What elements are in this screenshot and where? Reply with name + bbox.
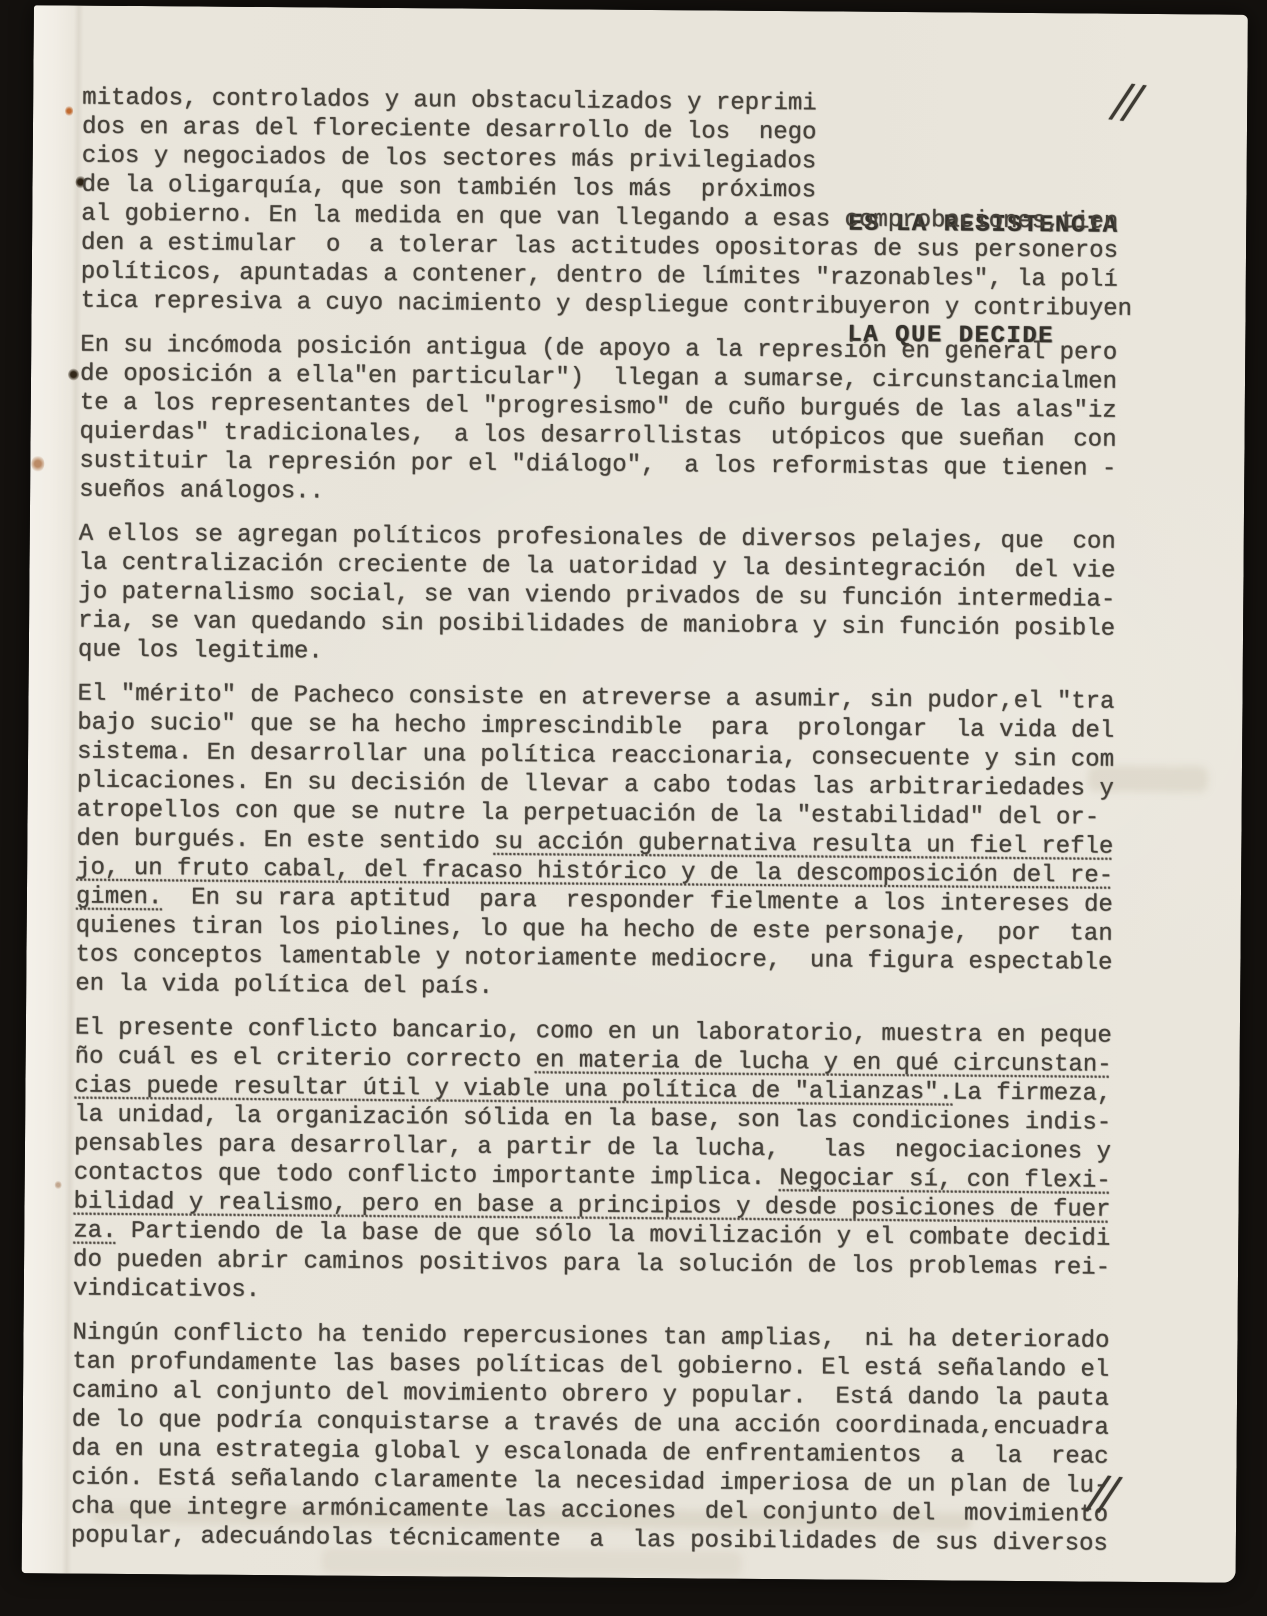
text-segment: den burgués. En este sentido	[76, 826, 494, 856]
text-segment: tica represiva a cuyo nacimiento y despl…	[81, 288, 1133, 323]
text-segment: en la vida política del país.	[75, 971, 493, 1001]
paragraph: En su incómoda posición antigua (de apoy…	[79, 331, 1209, 514]
paragraph: A ellos se agregan políticos profesional…	[78, 520, 1208, 674]
text-segment: dos en aras del floreciente desarrollo d…	[82, 114, 817, 147]
underlined-text-segment: en materia de lucha y en qué circunstan-	[535, 1047, 1111, 1079]
foxing-stain	[55, 1180, 62, 1189]
text-segment: contactos que todo conflicto importante …	[74, 1160, 780, 1193]
text-segment: de la oligarquía, que son también los má…	[81, 172, 816, 205]
foxing-stain	[65, 105, 73, 116]
paragraph: El "mérito" de Pacheco consiste en atrev…	[75, 680, 1206, 1008]
foxing-stain	[31, 455, 44, 472]
text-segment: popular, adecuándolas técnicamente a las…	[71, 1523, 1108, 1558]
underlined-text-segment: za.	[73, 1218, 116, 1245]
paragraph: Ningún conflicto ha tenido repercusiones…	[71, 1319, 1202, 1560]
text-segment: La firmeza,	[953, 1079, 1112, 1107]
underlined-text-segment: su acción gubernativa resulta un fiel re…	[494, 829, 1114, 861]
text-segment: cios y negociados de los sectores más pr…	[82, 143, 817, 176]
document-body: mitados, controlados y aun obstaculizado…	[71, 84, 1212, 1575]
text-segment: que los legitime.	[78, 637, 323, 666]
scanned-document: // ES LA RESISTENCIA LA QUE DECIDE mitad…	[0, 0, 1267, 1616]
foxing-stain	[68, 368, 79, 380]
text-segment: vindicativos.	[73, 1276, 260, 1304]
paper-sheet: // ES LA RESISTENCIA LA QUE DECIDE mitad…	[22, 5, 1248, 1582]
underlined-text-segment: Negociar sí, con flexi-	[779, 1165, 1110, 1195]
text-segment: ño cuál es el criterio correcto	[75, 1044, 536, 1075]
paragraph: mitados, controlados y aun obstaculizado…	[81, 84, 1212, 325]
underlined-text-segment: gimen.	[76, 884, 163, 912]
text-segment: sueños análogos..	[79, 477, 324, 506]
text-segment: mitados, controlados y aun obstaculizado…	[82, 85, 817, 118]
paragraph: El presente conflicto bancario, como en …	[73, 1014, 1204, 1313]
